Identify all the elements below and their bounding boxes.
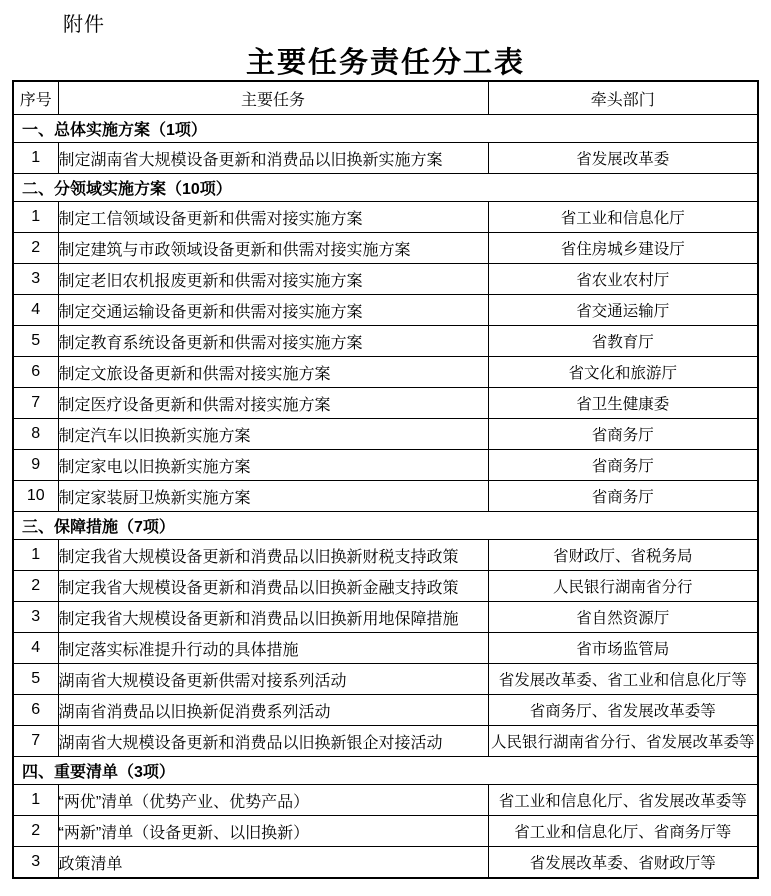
row-serial-number: 9	[13, 450, 58, 481]
row-serial-number: 7	[13, 726, 58, 757]
row-main-task: 制定我省大规模设备更新和消费品以旧换新财税支持政策	[58, 540, 488, 571]
row-serial-number: 2	[13, 816, 58, 847]
row-serial-number: 3	[13, 847, 58, 879]
row-lead-department: 省发展改革委、省财政厅等	[488, 847, 758, 879]
section-header-row: 三、保障措施（7项）	[13, 512, 758, 540]
section-title: 四、重要清单（3项）	[13, 757, 758, 785]
table-row: 5湖南省大规模设备更新供需对接系列活动省发展改革委、省工业和信息化厅等	[13, 664, 758, 695]
row-main-task: 制定医疗设备更新和供需对接实施方案	[58, 388, 488, 419]
table-body: 一、总体实施方案（1项）1制定湖南省大规模设备更新和消费品以旧换新实施方案省发展…	[13, 115, 758, 879]
row-serial-number: 3	[13, 602, 58, 633]
row-main-task: 制定家装厨卫焕新实施方案	[58, 481, 488, 512]
table-row: 10制定家装厨卫焕新实施方案省商务厅	[13, 481, 758, 512]
row-serial-number: 2	[13, 233, 58, 264]
row-main-task: 制定我省大规模设备更新和消费品以旧换新用地保障措施	[58, 602, 488, 633]
row-main-task: 制定文旅设备更新和供需对接实施方案	[58, 357, 488, 388]
row-main-task: 制定建筑与市政领域设备更新和供需对接实施方案	[58, 233, 488, 264]
table-row: 2制定我省大规模设备更新和消费品以旧换新金融支持政策人民银行湖南省分行	[13, 571, 758, 602]
row-lead-department: 省文化和旅游厅	[488, 357, 758, 388]
row-main-task: 制定工信领域设备更新和供需对接实施方案	[58, 202, 488, 233]
row-main-task: 制定落实标准提升行动的具体措施	[58, 633, 488, 664]
row-serial-number: 4	[13, 295, 58, 326]
row-main-task: “两新”清单（设备更新、以旧换新）	[58, 816, 488, 847]
row-lead-department: 省工业和信息化厅	[488, 202, 758, 233]
table-row: 4制定落实标准提升行动的具体措施省市场监管局	[13, 633, 758, 664]
row-serial-number: 5	[13, 326, 58, 357]
table-row: 7湖南省大规模设备更新和消费品以旧换新银企对接活动人民银行湖南省分行、省发展改革…	[13, 726, 758, 757]
table-row: 3政策清单省发展改革委、省财政厅等	[13, 847, 758, 879]
table-row: 4制定交通运输设备更新和供需对接实施方案省交通运输厅	[13, 295, 758, 326]
table-row: 2制定建筑与市政领域设备更新和供需对接实施方案省住房城乡建设厅	[13, 233, 758, 264]
section-title: 一、总体实施方案（1项）	[13, 115, 758, 143]
section-title: 三、保障措施（7项）	[13, 512, 758, 540]
row-serial-number: 1	[13, 143, 58, 174]
row-main-task: 湖南省消费品以旧换新促消费系列活动	[58, 695, 488, 726]
row-lead-department: 省住房城乡建设厅	[488, 233, 758, 264]
section-header-row: 二、分领域实施方案（10项）	[13, 174, 758, 202]
row-serial-number: 10	[13, 481, 58, 512]
table-row: 5制定教育系统设备更新和供需对接实施方案省教育厅	[13, 326, 758, 357]
row-serial-number: 3	[13, 264, 58, 295]
row-main-task: 湖南省大规模设备更新和消费品以旧换新银企对接活动	[58, 726, 488, 757]
page-title: 主要任务责任分工表	[0, 40, 771, 81]
table-row: 9制定家电以旧换新实施方案省商务厅	[13, 450, 758, 481]
row-main-task: 制定湖南省大规模设备更新和消费品以旧换新实施方案	[58, 143, 488, 174]
table-row: 3制定我省大规模设备更新和消费品以旧换新用地保障措施省自然资源厅	[13, 602, 758, 633]
row-serial-number: 1	[13, 202, 58, 233]
column-header-main-task: 主要任务	[58, 81, 488, 115]
row-serial-number: 4	[13, 633, 58, 664]
row-lead-department: 人民银行湖南省分行	[488, 571, 758, 602]
column-header-lead-department: 牵头部门	[488, 81, 758, 115]
row-main-task: 湖南省大规模设备更新供需对接系列活动	[58, 664, 488, 695]
section-header-row: 一、总体实施方案（1项）	[13, 115, 758, 143]
row-lead-department: 省商务厅、省发展改革委等	[488, 695, 758, 726]
row-main-task: 政策清单	[58, 847, 488, 879]
row-lead-department: 省农业农村厅	[488, 264, 758, 295]
row-lead-department: 省自然资源厅	[488, 602, 758, 633]
row-serial-number: 7	[13, 388, 58, 419]
table-row: 1制定湖南省大规模设备更新和消费品以旧换新实施方案省发展改革委	[13, 143, 758, 174]
table-row: 3制定老旧农机报废更新和供需对接实施方案省农业农村厅	[13, 264, 758, 295]
table-row: 1制定我省大规模设备更新和消费品以旧换新财税支持政策省财政厅、省税务局	[13, 540, 758, 571]
row-lead-department: 人民银行湖南省分行、省发展改革委等	[488, 726, 758, 757]
row-serial-number: 2	[13, 571, 58, 602]
table-row: 1“两优”清单（优势产业、优势产品）省工业和信息化厅、省发展改革委等	[13, 785, 758, 816]
row-serial-number: 5	[13, 664, 58, 695]
table-row: 7制定医疗设备更新和供需对接实施方案省卫生健康委	[13, 388, 758, 419]
table-row: 6制定文旅设备更新和供需对接实施方案省文化和旅游厅	[13, 357, 758, 388]
column-header-serial-number: 序号	[13, 81, 58, 115]
row-serial-number: 1	[13, 785, 58, 816]
row-main-task: 制定老旧农机报废更新和供需对接实施方案	[58, 264, 488, 295]
row-serial-number: 6	[13, 357, 58, 388]
row-lead-department: 省发展改革委、省工业和信息化厅等	[488, 664, 758, 695]
table-row: 6湖南省消费品以旧换新促消费系列活动省商务厅、省发展改革委等	[13, 695, 758, 726]
row-lead-department: 省卫生健康委	[488, 388, 758, 419]
row-serial-number: 8	[13, 419, 58, 450]
table-row: 1制定工信领域设备更新和供需对接实施方案省工业和信息化厅	[13, 202, 758, 233]
row-main-task: “两优”清单（优势产业、优势产品）	[58, 785, 488, 816]
row-lead-department: 省工业和信息化厅、省发展改革委等	[488, 785, 758, 816]
table-header-row: 序号 主要任务 牵头部门	[13, 81, 758, 115]
row-lead-department: 省市场监管局	[488, 633, 758, 664]
row-lead-department: 省商务厅	[488, 450, 758, 481]
row-serial-number: 1	[13, 540, 58, 571]
attachment-label: 附件	[63, 8, 105, 37]
table-row: 2“两新”清单（设备更新、以旧换新）省工业和信息化厅、省商务厅等	[13, 816, 758, 847]
row-serial-number: 6	[13, 695, 58, 726]
row-main-task: 制定家电以旧换新实施方案	[58, 450, 488, 481]
row-main-task: 制定汽车以旧换新实施方案	[58, 419, 488, 450]
row-lead-department: 省发展改革委	[488, 143, 758, 174]
section-title: 二、分领域实施方案（10项）	[13, 174, 758, 202]
row-lead-department: 省交通运输厅	[488, 295, 758, 326]
row-lead-department: 省工业和信息化厅、省商务厅等	[488, 816, 758, 847]
row-lead-department: 省财政厅、省税务局	[488, 540, 758, 571]
document-page: 附件 主要任务责任分工表 序号 主要任务 牵头部门 一、总体实施方案（1项）1制…	[0, 0, 771, 896]
row-lead-department: 省教育厅	[488, 326, 758, 357]
row-main-task: 制定交通运输设备更新和供需对接实施方案	[58, 295, 488, 326]
row-lead-department: 省商务厅	[488, 481, 758, 512]
section-header-row: 四、重要清单（3项）	[13, 757, 758, 785]
row-main-task: 制定我省大规模设备更新和消费品以旧换新金融支持政策	[58, 571, 488, 602]
row-lead-department: 省商务厅	[488, 419, 758, 450]
table-row: 8制定汽车以旧换新实施方案省商务厅	[13, 419, 758, 450]
row-main-task: 制定教育系统设备更新和供需对接实施方案	[58, 326, 488, 357]
task-responsibility-table: 序号 主要任务 牵头部门 一、总体实施方案（1项）1制定湖南省大规模设备更新和消…	[12, 80, 759, 879]
